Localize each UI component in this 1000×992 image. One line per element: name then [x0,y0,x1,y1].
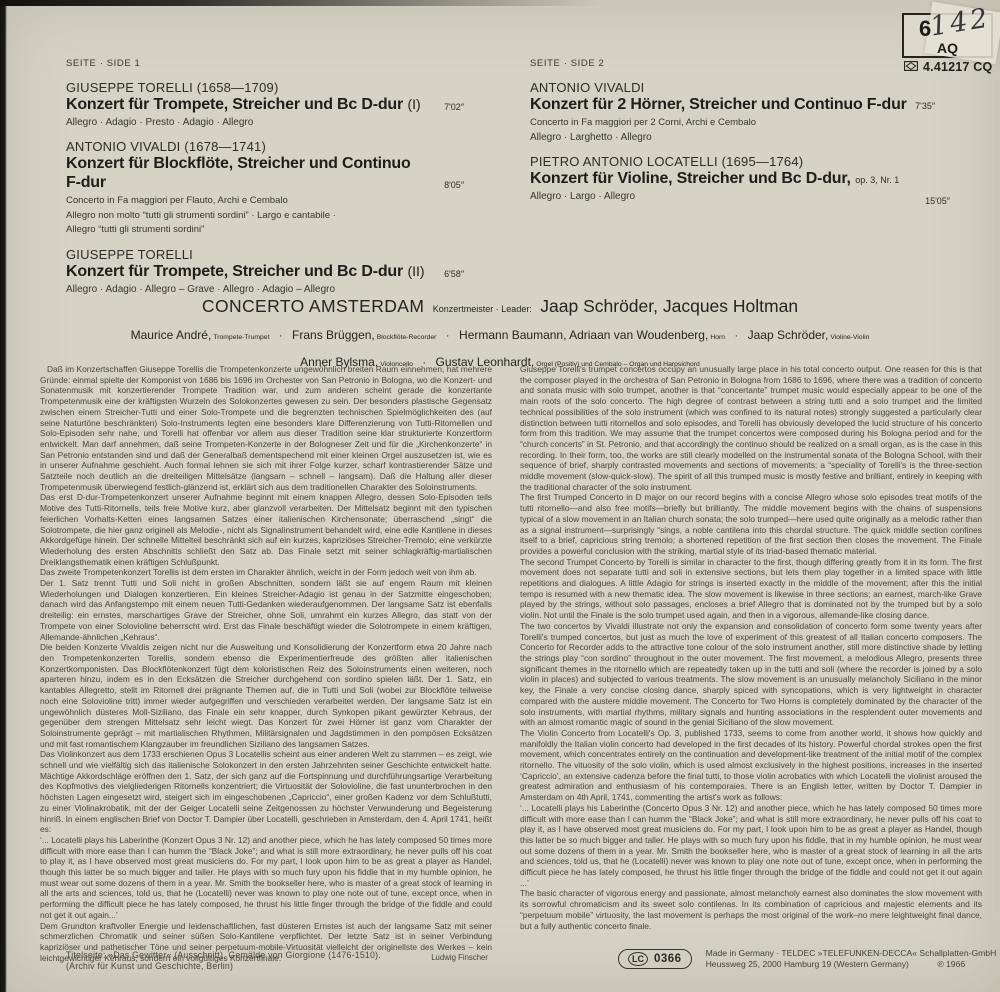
separator-dot: · [735,330,739,342]
performer-name: Hermann Baumann, Adriaan van Woudenberg, [459,328,708,342]
movements-line2: Allegro “tutti gli strumenti sordini” [66,224,466,236]
movements-line1: Allegro non molto “tutti gli strumenti s… [66,210,466,222]
movements: Allegro · Adagio · Presto · Adagio · All… [66,117,466,128]
side1-work3: GIUSEPPE TORELLI Konzert für Trompete, S… [66,247,466,295]
work-subtitle: Concerto in Fa maggiori per 2 Corni, Arc… [530,117,982,129]
work-subtitle: Concerto in Fa maggiori per Flauto, Arch… [66,195,466,207]
performer-name: Jaap Schröder, [748,328,829,342]
side2-heading: SEITE · SIDE 2 [530,58,982,69]
performer-instrument: Trompete-Trumpet [213,334,269,341]
letter-quote: ‘... Locatelli plays his Laberinthe (Kon… [40,835,492,921]
work-title: Konzert für 2 Hörner, Streicher und Cont… [530,96,907,113]
label-imprint: LC 0366 Made in Germany · TELDEC »TELEFU… [618,948,996,970]
cover-credit-line2: (Archiv für Kunst und Geschichte, Berlin… [66,961,381,972]
side1-work2: ANTONIO VIVALDI (1678—1741) Konzert für … [66,139,466,236]
separator-dot: · [279,330,283,342]
work-title-suffix: op. 3, Nr. 1 [855,175,899,185]
notes-paragraph: The Violin Concerto from Locatelli's Op.… [520,728,982,803]
composer: ANTONIO VIVALDI (1678—1741) [66,139,466,154]
performer-name: Maurice André, [131,328,212,342]
movements: Allegro · Larghetto · Allegro [530,132,982,143]
duration: 7'02″ [444,102,464,112]
imprint-line1: Made in Germany · TELDEC »TELEFUNKEN-DEC… [706,948,997,959]
work-title-line2: F-dur [66,174,106,191]
side2-work1: ANTONIO VIVALDI Konzert für 2 Hörner, St… [530,80,982,143]
notes-paragraph: Das zweite Trompetenkonzert Torellis ist… [40,567,492,578]
ensemble-name: CONCERTO AMSTERDAM [202,296,424,316]
liner-notes-english: Giuseppe Torelli's trumpet concertos occ… [520,364,982,931]
letter-quote: ‘... Locatelli plays his Laberinthe (Con… [520,803,982,889]
notes-paragraph: Das erst D-dur-Trompetenkonzert unserer … [40,492,492,567]
performer-instrument: Horn [710,334,725,341]
work-title-line1: Konzert für Blockflöte, Streicher und Co… [66,155,411,172]
scan-edge-top [0,0,600,6]
imprint-line2: Heussweg 25, 2000 Hamburg 19 (Western Ge… [706,959,909,969]
lc-number: 0366 [654,953,682,965]
scan-edge-left [0,0,7,992]
movements: Allegro · Largo · Allegro [530,191,635,202]
notes-paragraph: The basic character of vigorous energy a… [520,888,982,931]
notes-paragraph: The first Trumped Concerto in D major on… [520,492,982,556]
side1-work1: GIUSEPPE TORELLI (1658—1709) Konzert für… [66,80,466,128]
notes-paragraph: Der 1. Satz trennt Tutti und Soli nicht … [40,578,492,642]
lc-icon: LC [628,952,648,966]
price-sticker: 6 AQ 142 [902,13,993,58]
side1-listing: SEITE · SIDE 1 GIUSEPPE TORELLI (1658—17… [66,58,466,295]
composer: ANTONIO VIVALDI [530,80,982,95]
composer: GIUSEPPE TORELLI (1658—1709) [66,80,466,95]
notes-paragraph: The second Trumpet Concerto by Torelli i… [520,557,982,621]
composer: GIUSEPPE TORELLI [66,247,466,262]
author-credit: Ludwig Finscher [431,953,488,964]
leader-names: Jaap Schröder, Jacques Holtman [540,296,798,316]
duration: 15'05″ [925,196,950,206]
duration: 7'35″ [915,101,935,111]
work-title-suffix: (II) [407,263,424,279]
leader-role-label: Konzertmeister · Leader: [433,304,532,314]
performer-instrument: Blockflöte-Recorder [377,334,437,341]
lc-label-code-badge: LC 0366 [618,949,692,969]
side2-work2: PIETRO ANTONIO LOCATELLI (1695—1764) Kon… [530,154,982,202]
movements: Allegro · Adagio · Allegro – Grave · All… [66,284,466,295]
sticker-code: AQ [904,40,991,56]
cover-art-credit: Titelseite: »Das Gewitter« (Ausschnitt),… [66,950,381,972]
separator-dot: · [446,330,450,342]
phonogram-year: ℗ 1966 [937,959,965,969]
composer: PIETRO ANTONIO LOCATELLI (1695—1764) [530,154,982,169]
work-title: Konzert für Violine, Streicher und Bc D-… [530,170,851,187]
side2-listing: SEITE · SIDE 2 ANTONIO VIVALDI Konzert f… [530,58,982,202]
liner-notes-german: Daß im Konzertschaffen Giuseppe Torellis… [40,364,492,963]
side1-heading: SEITE · SIDE 1 [66,58,466,69]
notes-paragraph: Das Violinkonzert aus dem 1733 erschiene… [40,749,492,835]
cover-credit-line1: Titelseite: »Das Gewitter« (Ausschnitt),… [66,950,381,961]
duration: 6'58″ [444,269,464,279]
notes-paragraph: The two concertos by Vivaldi illustrate … [520,621,982,728]
work-title: Konzert für Trompete, Streicher und Bc D… [66,263,403,280]
notes-paragraph: Daß im Konzertschaffen Giuseppe Torellis… [40,364,492,492]
album-back-cover: 6 AQ 142 4.41217 CQ SEITE · SIDE 1 GIUSE… [0,0,1000,992]
notes-paragraph: Giuseppe Torelli's trumpet concertos occ… [520,364,982,492]
work-title-suffix: (I) [407,96,420,112]
work-title: Konzert für Trompete, Streicher und Bc D… [66,96,403,113]
notes-paragraph: Die beiden Konzerte Vivaldis zeigen nich… [40,642,492,749]
duration: 8'05″ [444,180,464,190]
performer-name: Frans Brüggen, [292,328,375,342]
performer-instrument: Violine-Violin [830,334,869,341]
